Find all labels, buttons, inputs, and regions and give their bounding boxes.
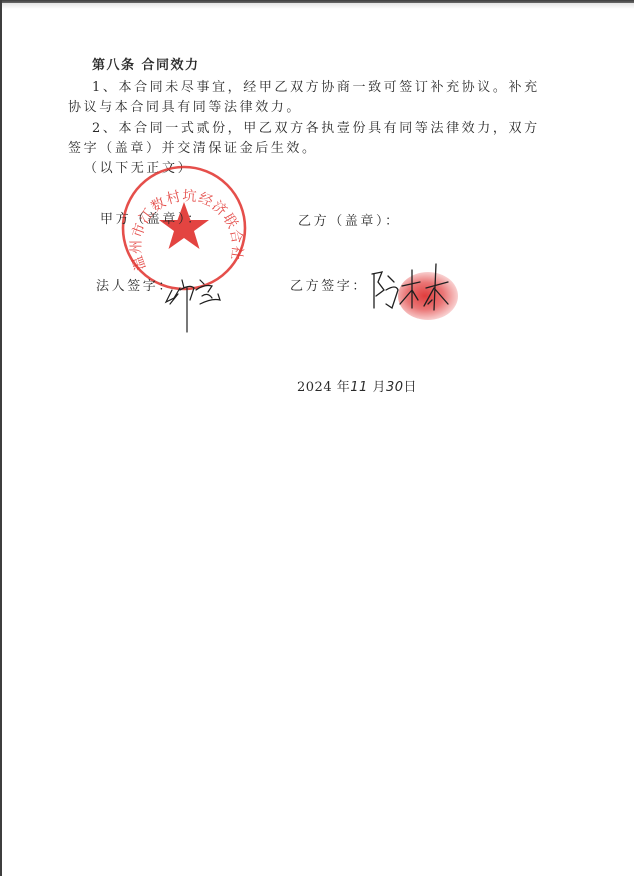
date-year-suffix: 年 [337,380,351,395]
party-b-signature [368,260,458,324]
date-year: 2024 [297,380,332,395]
party-b-signature-label: 乙方签字： [290,279,368,295]
page-top-shadow [0,3,634,9]
paragraph-line-3: 2、本合同一式贰份，甲乙双方各执壹份具有同等法律效力，双方 [92,121,540,137]
window-left-border [0,0,2,876]
paragraph-line-2: 协议与本合同具有同等法律效力。 [68,100,302,116]
date-month-suffix: 月 [372,380,386,395]
legal-rep-signature [160,268,230,334]
date-month-handwritten: 11 [350,380,368,395]
section-heading: 第八条 合同效力 [92,58,200,74]
party-a-seal-label: 甲方（盖章）： [100,212,203,228]
date-day-suffix: 日 [404,380,418,395]
signing-date: 2024 年11 月30日 [297,380,417,396]
date-day-handwritten: 30 [386,380,404,395]
party-b-seal-label: 乙方（盖章）： [298,214,401,230]
paragraph-line-4: 签字（盖章）并交清保证金后生效。 [68,141,318,157]
paragraph-line-1: 1、本合同未尽事宜，经甲乙双方协商一致可签订补充协议。补充 [92,80,540,96]
